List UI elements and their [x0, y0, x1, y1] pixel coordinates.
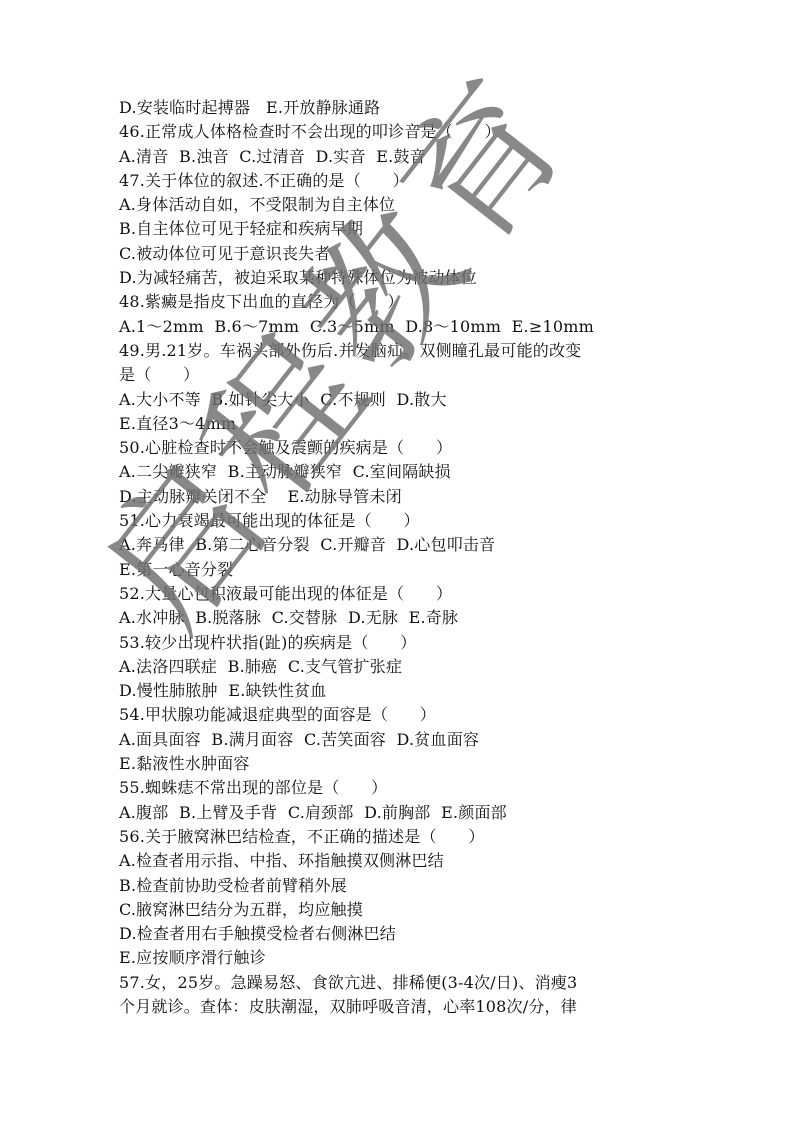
question-46: 46.正常成人体格检查时不会出现的叩诊音是（ ）	[119, 120, 679, 144]
question-51-options: A.奔马律 B.第二心音分裂 C.开瓣音 D.心包叩击音	[119, 533, 679, 557]
question-51: 51.心力衰竭最可能出现的体征是（ ）	[119, 509, 679, 533]
question-47: 47.关于体位的叙述.不正确的是（ ）	[119, 169, 679, 193]
question-53-options-de: D.慢性肺脓肿 E.缺铁性贫血	[119, 679, 679, 703]
question-46-options: A.清音 B.浊音 C.过清音 D.实音 E.鼓音	[119, 145, 679, 169]
question-56: 56.关于腋窝淋巴结检查，不正确的描述是（ ）	[119, 825, 679, 849]
question-56-option-d: D.检查者用右手触摸受检者右侧淋巴结	[119, 922, 679, 946]
question-57: 57.女，25岁。急躁易怒、食欲亢进、排稀便(3-4次/日)、消瘦3	[119, 971, 679, 995]
question-55: 55.蜘蛛痣不常出现的部位是（ ）	[119, 776, 679, 800]
question-53: 53.较少出现杵状指(趾)的疾病是（ ）	[119, 631, 679, 655]
question-56-option-a: A.检查者用示指、中指、环指触摸双侧淋巴结	[119, 849, 679, 873]
question-47-option-d: D.为减轻痛苦，被迫采取某种特殊体位为被动体位	[119, 266, 679, 290]
question-48: 48.紫癜是指皮下出血的直径为（ ）	[119, 290, 679, 314]
question-50-options-abc: A.二尖瓣狭窄 B.主动脉瓣狭窄 C.室间隔缺损	[119, 460, 679, 484]
question-49-cont: 是（ ）	[119, 363, 679, 387]
document-body: D.安装临时起搏器 E.开放静脉通路 46.正常成人体格检查时不会出现的叩诊音是…	[119, 96, 679, 1019]
question-57-cont: 个月就诊。查体：皮肤潮湿，双肺呼吸音清，心率108次/分，律	[119, 995, 679, 1019]
question-49: 49.男.21岁。车祸头部外伤后.并发脑疝。双侧瞳孔最可能的改变	[119, 339, 679, 363]
question-56-option-c: C.腋窝淋巴结分为五群，均应触摸	[119, 898, 679, 922]
document-page: D.安装临时起搏器 E.开放静脉通路 46.正常成人体格检查时不会出现的叩诊音是…	[0, 0, 794, 1123]
question-48-options: A.1～2mm B.6～7mm C.3～5mm D.8～10mm E.≥10mm	[119, 315, 679, 339]
question-55-options: A.腹部 B.上臂及手背 C.肩颈部 D.前胸部 E.颜面部	[119, 801, 679, 825]
question-54-option-e: E.黏液性水肿面容	[119, 752, 679, 776]
question-54-options: A.面具面容 B.满月面容 C.苦笑面容 D.贫血面容	[119, 728, 679, 752]
question-51-option-e: E.第一心音分裂	[119, 558, 679, 582]
question-49-option-e: E.直径3～4mm	[119, 412, 679, 436]
question-52-options: A.水冲脉 B.脱落脉 C.交替脉 D.无脉 E.奇脉	[119, 606, 679, 630]
question-54: 54.甲状腺功能减退症典型的面容是（ ）	[119, 703, 679, 727]
question-50-options-de: D.主动脉瓣关闭不全 E.动脉导管未闭	[119, 485, 679, 509]
question-56-option-e: E.应按顺序滑行触诊	[119, 946, 679, 970]
question-47-option-b: B.自主体位可见于轻症和疾病早期	[119, 217, 679, 241]
question-53-options-abc: A.法洛四联症 B.肺癌 C.支气管扩张症	[119, 655, 679, 679]
question-50: 50.心脏检查时不会触及震颤的疾病是（ ）	[119, 436, 679, 460]
question-49-options: A.大小不等 B.如针尖大小 C.不规则 D.散大	[119, 388, 679, 412]
text-line: D.安装临时起搏器 E.开放静脉通路	[119, 96, 679, 120]
question-56-option-b: B.检查前协助受检者前臂稍外展	[119, 874, 679, 898]
question-47-option-c: C.被动体位可见于意识丧失者	[119, 242, 679, 266]
question-47-option-a: A.身体活动自如，不受限制为自主体位	[119, 193, 679, 217]
question-52: 52.大量心包积液最可能出现的体征是（ ）	[119, 582, 679, 606]
